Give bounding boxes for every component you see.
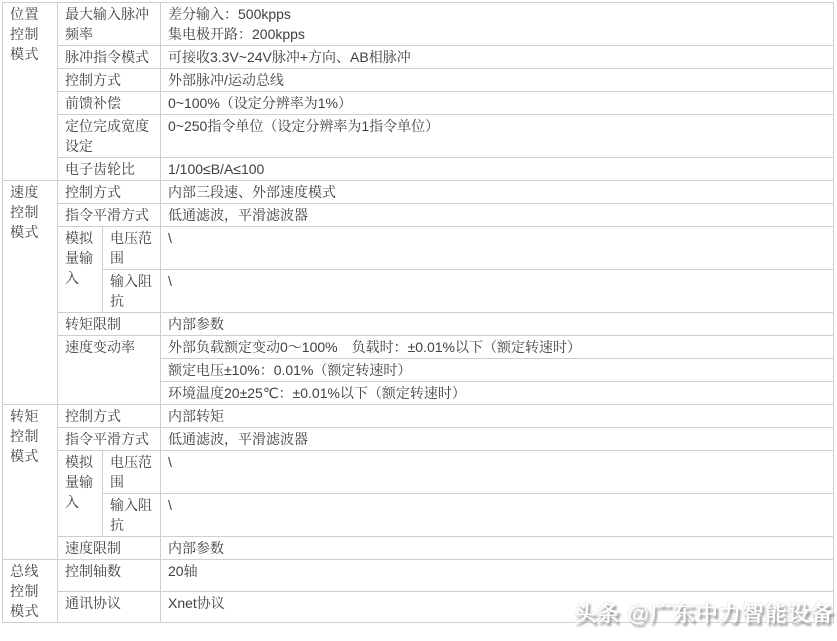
category-cell-torque-mode: 转矩控制模式: [3, 405, 58, 560]
table-row: 指令平滑方式 低通滤波，平滑滤波器: [3, 204, 834, 227]
value-cell: 差分输入：500kpps 集电极开路：200kpps: [161, 3, 834, 46]
value-cell: 可接收3.3V~24V脉冲+方向、AB相脉冲: [161, 46, 834, 69]
table-row: 转矩控制模式 控制方式 内部转矩: [3, 405, 834, 428]
table-row: 电子齿轮比 1/100≤B/A≤100: [3, 158, 834, 181]
param-sub-label-cell: 输入阻抗: [103, 270, 161, 313]
param-group-cell: 模拟量输入: [58, 227, 103, 313]
param-label-cell: 前馈补偿: [58, 92, 161, 115]
table-row: 通讯协议 Xnet协议: [3, 591, 834, 623]
param-group-cell: 模拟量输入: [58, 451, 103, 537]
table-row: 速度变动率 外部负载额定变动0～100% 负载时：±0.01%以下（额定转速时）: [3, 336, 834, 359]
value-cell: \: [161, 451, 834, 494]
table-row: 转矩限制 内部参数: [3, 313, 834, 336]
param-label-cell: 最大输入脉冲频率: [58, 3, 161, 46]
param-label-cell: 控制方式: [58, 181, 161, 204]
table-row: 输入阻抗 \: [3, 270, 834, 313]
param-label-cell: 电子齿轮比: [58, 158, 161, 181]
table-row: 控制方式 外部脉冲/运动总线: [3, 69, 834, 92]
param-sub-label-cell: 输入阻抗: [103, 494, 161, 537]
table-row: 前馈补偿 0~100%（设定分辨率为1%）: [3, 92, 834, 115]
table-row: 脉冲指令模式 可接收3.3V~24V脉冲+方向、AB相脉冲: [3, 46, 834, 69]
value-cell: 内部参数: [161, 537, 834, 560]
value-cell: 内部转矩: [161, 405, 834, 428]
table-row: 模拟量输入 电压范围 \: [3, 227, 834, 270]
spec-table: 位置控制模式 最大输入脉冲频率 差分输入：500kpps 集电极开路：200kp…: [2, 2, 834, 623]
param-label-cell: 控制方式: [58, 405, 161, 428]
table-row: 速度限制 内部参数: [3, 537, 834, 560]
param-label-cell: 脉冲指令模式: [58, 46, 161, 69]
category-cell-position-mode: 位置控制模式: [3, 3, 58, 181]
value-cell: 20轴: [161, 560, 834, 592]
param-sub-label-cell: 电压范围: [103, 451, 161, 494]
param-label-cell: 定位完成宽度设定: [58, 115, 161, 158]
value-line: 集电极开路：200kpps: [168, 24, 825, 44]
category-cell-speed-mode: 速度控制模式: [3, 181, 58, 405]
param-label-cell: 速度变动率: [58, 336, 161, 405]
value-cell: \: [161, 494, 834, 537]
param-label-cell: 速度限制: [58, 537, 161, 560]
value-cell: 外部脉冲/运动总线: [161, 69, 834, 92]
table-row: 输入阻抗 \: [3, 494, 834, 537]
value-cell: Xnet协议: [161, 591, 834, 623]
value-cell: 0~250指令单位（设定分辨率为1指令单位）: [161, 115, 834, 158]
value-cell: 外部负载额定变动0～100% 负载时：±0.01%以下（额定转速时）: [161, 336, 834, 359]
category-cell-bus-mode: 总线控制模式: [3, 560, 58, 623]
param-label-cell: 控制方式: [58, 69, 161, 92]
table-row: 模拟量输入 电压范围 \: [3, 451, 834, 494]
param-label-cell: 转矩限制: [58, 313, 161, 336]
value-cell: 0~100%（设定分辨率为1%）: [161, 92, 834, 115]
table-row: 总线控制模式 控制轴数 20轴: [3, 560, 834, 592]
param-label-cell: 指令平滑方式: [58, 428, 161, 451]
param-label-cell: 控制轴数: [58, 560, 161, 592]
value-cell: 环境温度20±25℃：±0.01%以下（额定转速时）: [161, 382, 834, 405]
value-cell: 内部参数: [161, 313, 834, 336]
value-cell: 低通滤波，平滑滤波器: [161, 428, 834, 451]
param-label-cell: 指令平滑方式: [58, 204, 161, 227]
param-sub-label-cell: 电压范围: [103, 227, 161, 270]
table-row: 位置控制模式 最大输入脉冲频率 差分输入：500kpps 集电极开路：200kp…: [3, 3, 834, 46]
value-cell: 1/100≤B/A≤100: [161, 158, 834, 181]
value-cell: 额定电压±10%：0.01%（额定转速时）: [161, 359, 834, 382]
value-line: 差分输入：500kpps: [168, 4, 825, 24]
param-label-cell: 通讯协议: [58, 591, 161, 623]
table-row: 速度控制模式 控制方式 内部三段速、外部速度模式: [3, 181, 834, 204]
value-cell: \: [161, 227, 834, 270]
table-row: 指令平滑方式 低通滤波，平滑滤波器: [3, 428, 834, 451]
table-row: 定位完成宽度设定 0~250指令单位（设定分辨率为1指令单位）: [3, 115, 834, 158]
value-cell: 低通滤波，平滑滤波器: [161, 204, 834, 227]
value-cell: 内部三段速、外部速度模式: [161, 181, 834, 204]
value-cell: \: [161, 270, 834, 313]
